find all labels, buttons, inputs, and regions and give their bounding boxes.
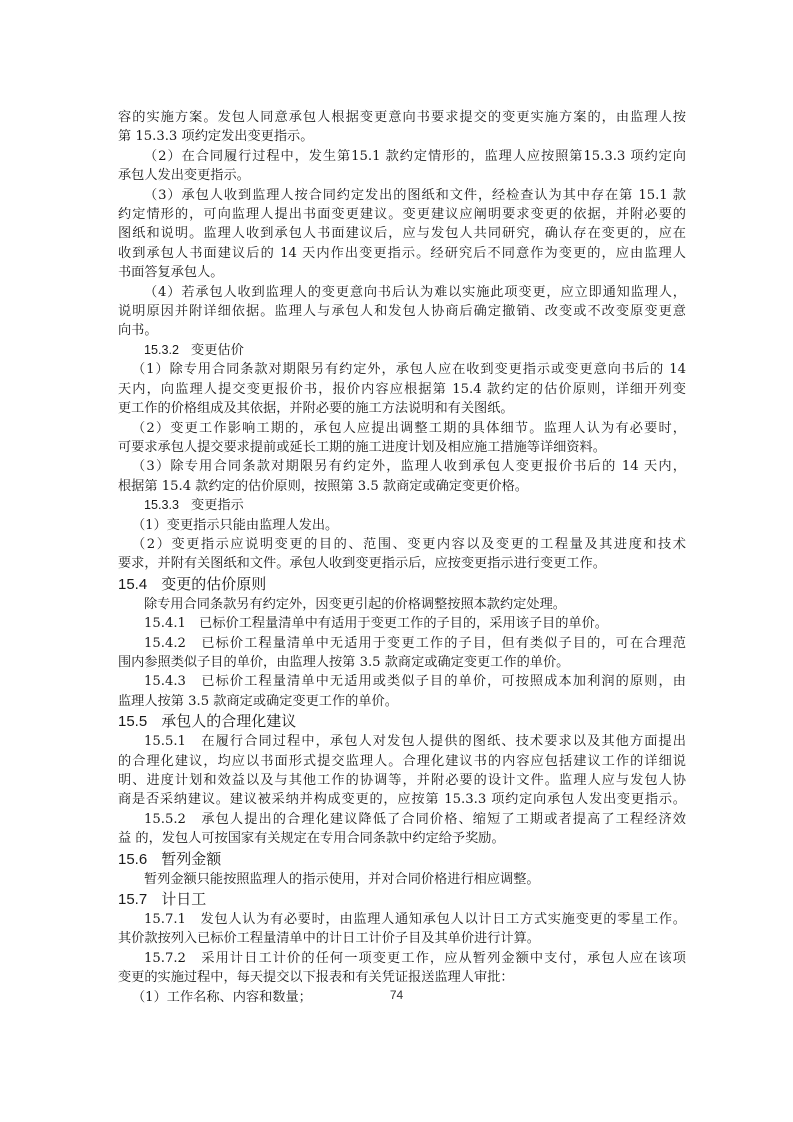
text-line: （2）变更指示应说明变更的目的、范围、变更内容以及变更的工程量及其进度和技术 <box>118 535 686 554</box>
subsection-number: 15.3.2 <box>144 343 179 357</box>
text-line: 说明原因并附详细依据。监理人与承包人和发包人协商后确定撤销、改变或不改变原变更意 <box>118 302 686 321</box>
section-heading: 15.6暂列金额 <box>118 849 686 870</box>
text-line: 根据第 15.4 款约定的估价原则，按照第 3.5 款商定或确定变更价格。 <box>118 477 686 496</box>
section-heading: 15.5承包人的合理化建议 <box>118 711 686 732</box>
text-line: （3）承包人收到监理人按合同约定发出的图纸和文件，经检查认为其中存在第 15.1… <box>118 186 686 205</box>
text-line: 容的实施方案。发包人同意承包人根据变更意向书要求提交的变更实施方案的，由监理人按 <box>118 108 686 127</box>
text-line: 收到承包人书面建议后的 14 天内作出变更指示。经研究后不同意作为变更的，应由监… <box>118 244 686 263</box>
text-line: 15.7.2 采用计日工计价的任何一项变更工作，应从暂列金额中支付，承包人应在该… <box>118 949 686 968</box>
text-line: 更工作的价格组成及其依据，并附必要的施工方法说明和有关图纸。 <box>118 399 686 418</box>
text-line: 要求，并附有关图纸和文件。承包人收到变更指示后，应按变更指示进行变更工作。 <box>118 554 686 573</box>
text-line: 15.5.1 在履行合同过程中，承包人对发包人提供的图纸、技术要求以及其他方面提… <box>118 732 686 751</box>
text-line: （2）变更工作影响工期的，承包人应提出调整工期的具体细节。监理人认为有必要时， <box>118 419 686 438</box>
text-line: 向书。 <box>118 321 686 340</box>
text-line: （3）除专用合同条款对期限另有约定外，监理人收到承包人变更报价书后的 14 天内… <box>118 457 686 476</box>
section-number: 15.7 <box>118 891 147 908</box>
subsection-number: 15.3.3 <box>144 498 179 512</box>
text-line: 第 15.3.3 项约定发出变更指示。 <box>118 127 686 146</box>
text-line: 变更的实施过程中，每天提交以下报表和有关凭证报送监理人审批： <box>118 968 686 987</box>
text-line: 监理人按第 3.5 款商定或确定变更工作的单价。 <box>118 692 686 711</box>
subsection-title: 变更指示 <box>191 498 244 513</box>
section-title: 承包人的合理化建议 <box>161 712 296 730</box>
text-line: 的合理化建议，均应以书面形式提交监理人。合理化建议书的内容应包括建议工作的详细说 <box>118 752 686 771</box>
text-line: 其价款按列入已标价工程量清单中的计日工计价子目及其单价进行计算。 <box>118 929 686 948</box>
subsection-heading: 15.3.2变更估价 <box>118 341 686 360</box>
text-line: 15.4.3 已标价工程量清单中无适用或类似子目的单价，可按照成本加利润的原则，… <box>118 672 686 691</box>
text-line: （4）若承包人收到监理人的变更意向书后认为难以实施此项变更，应立即通知监理人， <box>118 283 686 302</box>
section-title: 计日工 <box>161 890 206 908</box>
text-line: 天内，向监理人提交变更报价书，报价内容应根据第 15.4 款约定的估价原则，详细… <box>118 380 686 399</box>
text-line: 商是否采纳建议。建议被采纳并构成变更的，应按第 15.3.3 项约定向承包人发出… <box>118 790 686 809</box>
text-line: 约定情形的，可向监理人提出书面变更建议。变更建议应阐明要求变更的依据，并附必要的 <box>118 205 686 224</box>
text-line: 可要求承包人提交要求提前或延长工期的施工进度计划及相应施工措施等详细资料。 <box>118 438 686 457</box>
text-line: 15.4.1 已标价工程量清单中有适用于变更工作的子目的，采用该子目的单价。 <box>118 614 686 633</box>
section-number: 15.6 <box>118 851 147 868</box>
section-title: 暂列金额 <box>161 850 221 868</box>
text-line: 图纸和说明。监理人收到承包人书面建议后，应与发包人共同研究，确认存在变更的，应在 <box>118 224 686 243</box>
section-heading: 15.7计日工 <box>118 889 686 910</box>
text-line: （2）在合同履行过程中，发生第15.1 款约定情形的，监理人应按照第15.3.3… <box>118 147 686 166</box>
text-line: 暂列金额只能按照监理人的指示使用，并对合同价格进行相应调整。 <box>118 870 686 889</box>
text-line: 围内参照类似子目的单价，由监理人按第 3.5 款商定或确定变更工作的单价。 <box>118 653 686 672</box>
text-line: 明、进度计划和效益以及与其他工作的协调等，并附必要的设计文件。监理人应与发包人协 <box>118 771 686 790</box>
text-line: 15.4.2 已标价工程量清单中无适用于变更工作的子目，但有类似子目的，可在合理… <box>118 634 686 653</box>
text-line: 15.7.1 发包人认为有必要时，由监理人通知承包人以计日工方式实施变更的零星工… <box>118 910 686 929</box>
text-line: 承包人发出变更指示。 <box>118 166 686 185</box>
document-page-body: 容的实施方案。发包人同意承包人根据变更意向书要求提交的变更实施方案的，由监理人按… <box>118 108 686 1007</box>
subsection-title: 变更估价 <box>191 343 244 358</box>
text-line: 除专用合同条款另有约定外，因变更引起的价格调整按照本款约定处理。 <box>118 595 686 614</box>
text-line: 书面答复承包人。 <box>118 263 686 282</box>
subsection-heading: 15.3.3变更指示 <box>118 496 686 515</box>
text-line: 益 的，发包人可按国家有关规定在专用合同条款中约定给予奖励。 <box>118 829 686 848</box>
text-line: 15.5.2 承包人提出的合理化建议降低了合同价格、缩短了工期或者提高了工程经济… <box>118 810 686 829</box>
text-line: （1）变更指示只能由监理人发出。 <box>118 516 686 535</box>
section-number: 15.4 <box>118 576 147 593</box>
page-number: 74 <box>0 988 793 1002</box>
section-number: 15.5 <box>118 713 147 730</box>
text-line: （1）除专用合同条款对期限另有约定外，承包人应在收到变更指示或变更意向书后的 1… <box>118 360 686 379</box>
section-title: 变更的估价原则 <box>161 575 266 593</box>
section-heading: 15.4变更的估价原则 <box>118 574 686 595</box>
